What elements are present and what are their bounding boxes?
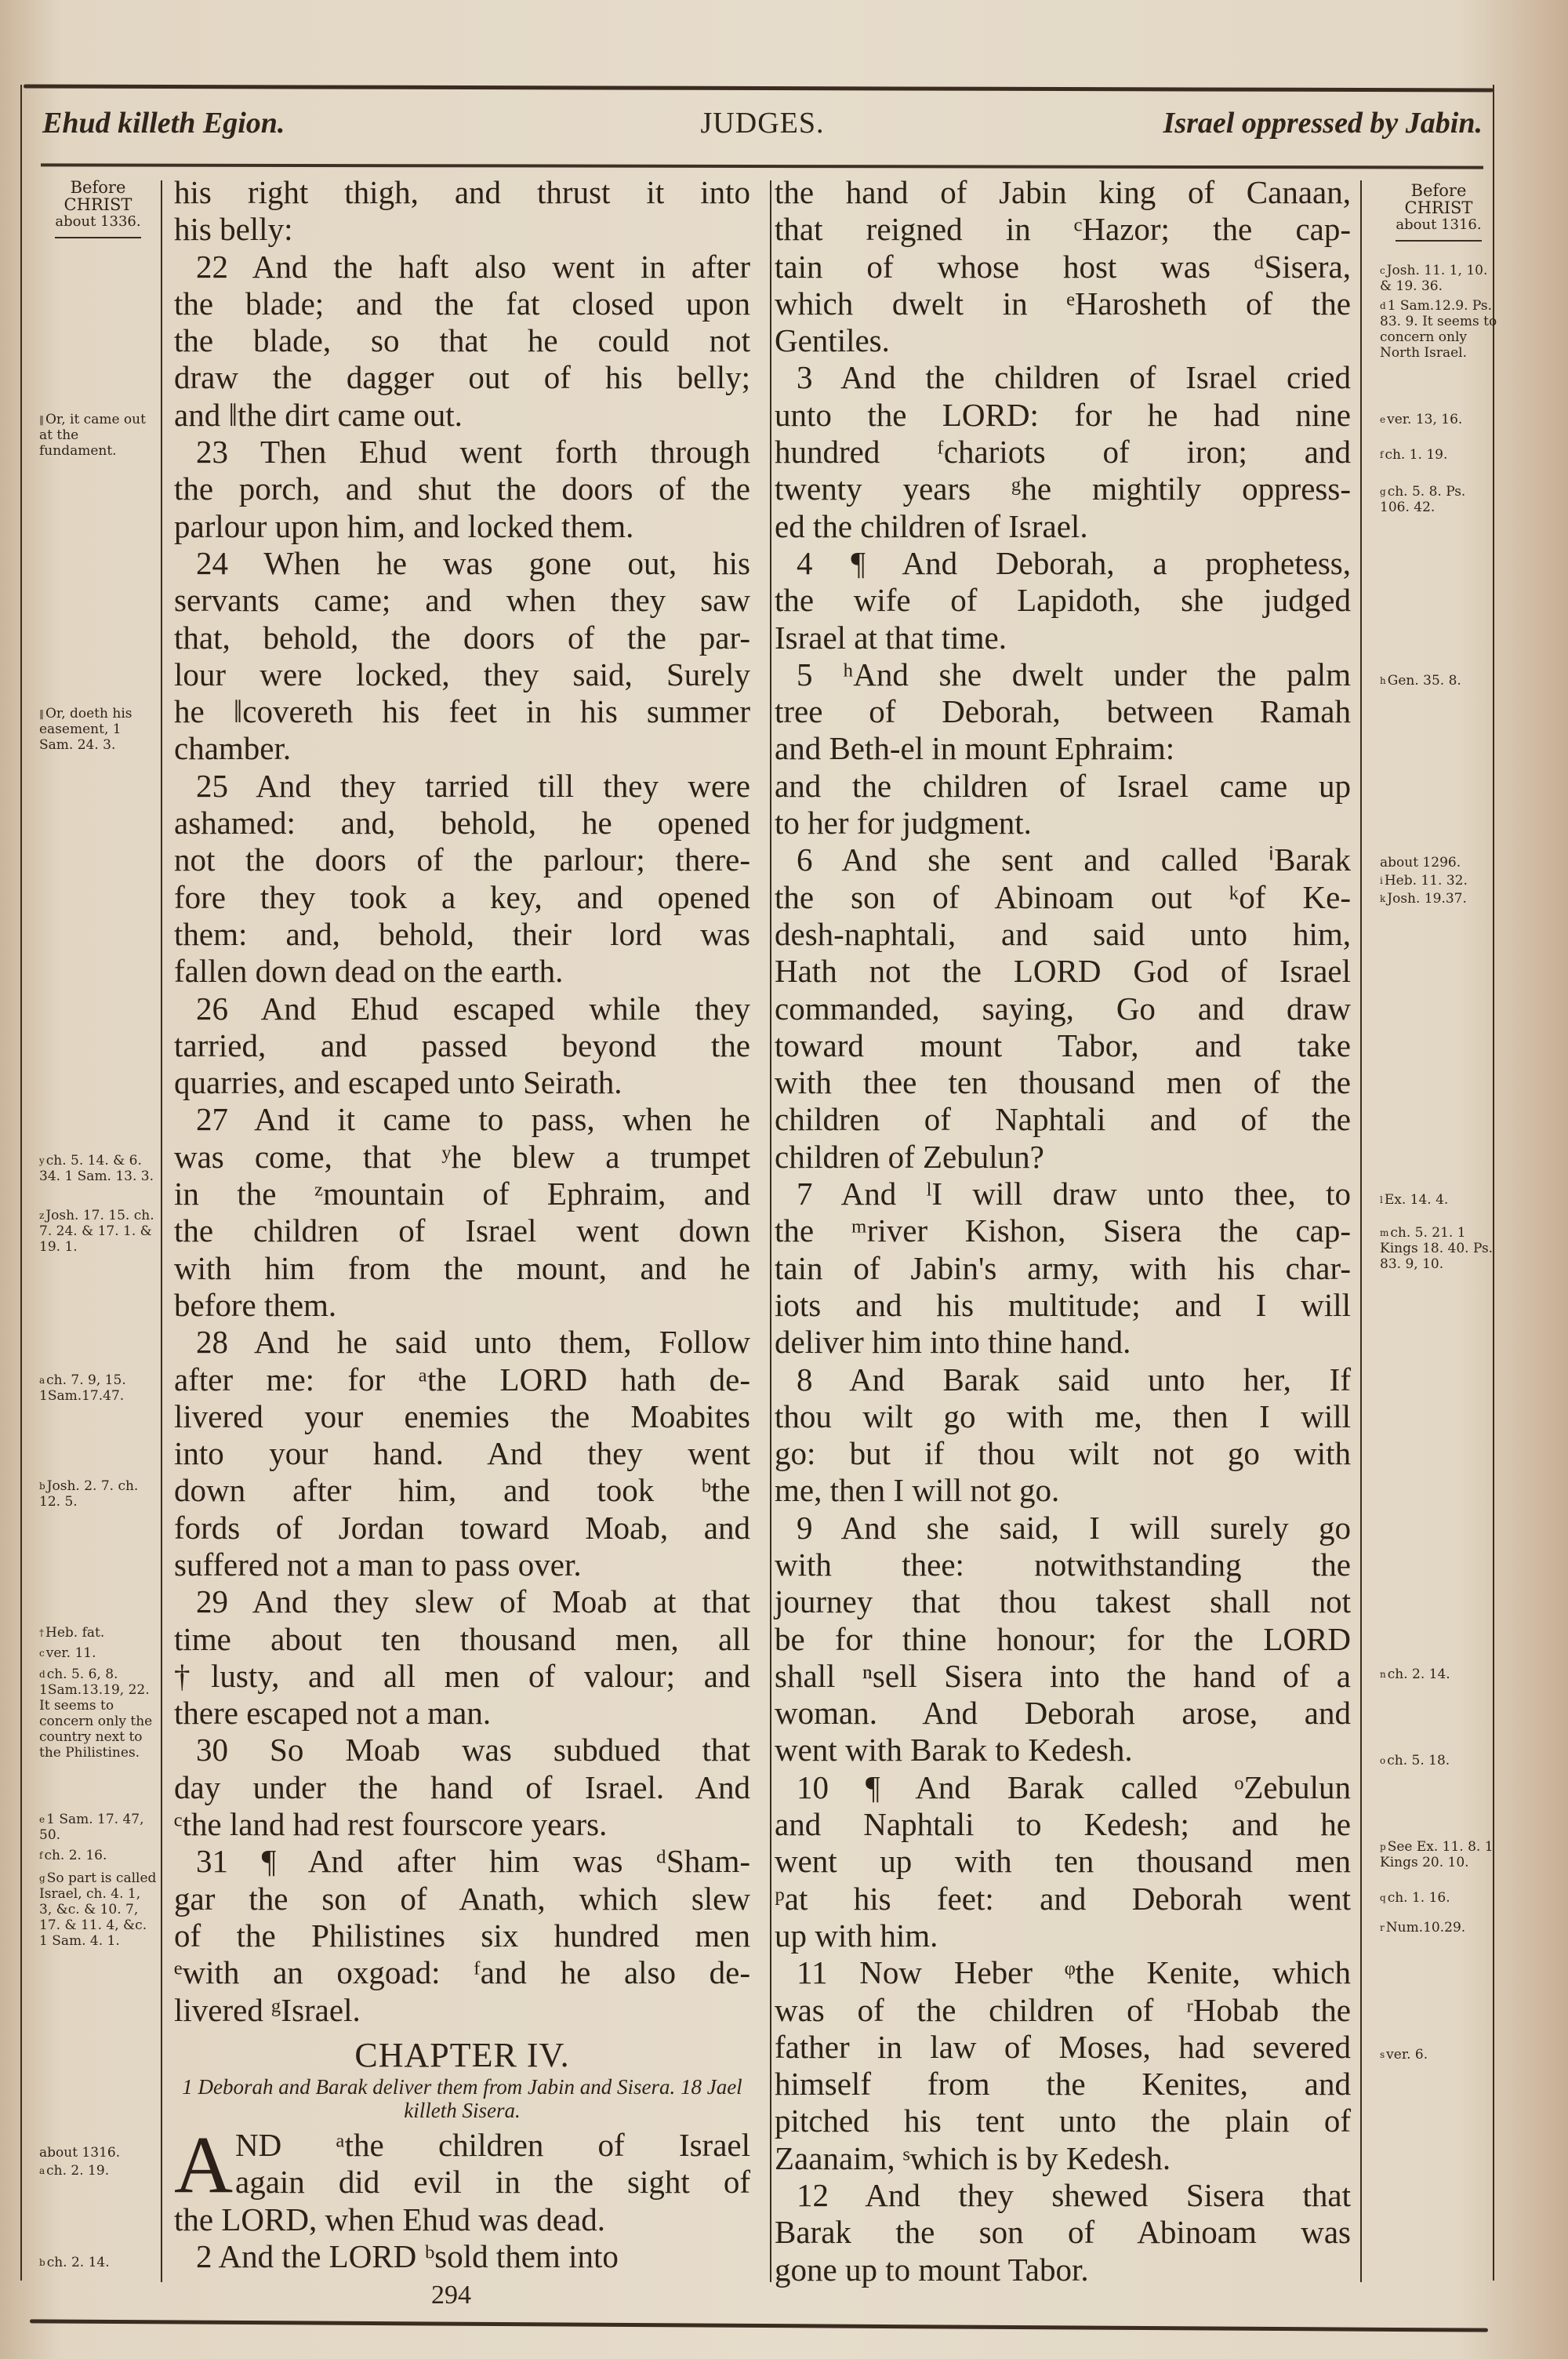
note-text: ch. 1. 19.: [1385, 447, 1447, 463]
note-text: Gen. 35. 8.: [1388, 673, 1461, 689]
note-text: ch. 7. 9, 15. 1Sam.17.47.: [39, 1372, 126, 1404]
bottom-border-rule: [30, 2319, 1488, 2332]
text-line: 5 ʰAnd she dwelt under the palm: [775, 656, 1351, 693]
page-number: 294: [431, 2281, 471, 2310]
text-line: his right thigh, and thrust it into: [174, 174, 750, 211]
text-line: 2 And the LORD ᵇsold them into: [174, 2238, 750, 2275]
chapter-summary: 1 Deborah and Barak deliver them from Ja…: [174, 2075, 750, 2122]
verses-judges-4: ND ᵃthe children of Israelagain did evil…: [174, 2127, 750, 2275]
reference-mark: ‖: [39, 708, 44, 719]
reference-mark: b: [39, 1481, 45, 1492]
text-line: was of the children of ʳHobab the: [775, 1992, 1351, 2029]
margin-note: nch. 2. 14.: [1380, 1667, 1497, 1682]
reference-mark: ‖: [39, 414, 44, 425]
text-line: 6 And she sent and called ⁱBarak: [775, 841, 1351, 878]
text-line: livered your enemies the Moabites: [174, 1398, 750, 1435]
right-margin-notes: Before CHRIST about 1316. cJosh. 11. 1, …: [1380, 0, 1497, 2359]
text-line: the wife of Lapidoth, she judged: [775, 582, 1351, 619]
text-line: 24 When he was gone out, his: [174, 545, 750, 582]
text-line: 4 ¶ And Deborah, a prophetess,: [775, 545, 1351, 582]
margin-note: zJosh. 17. 15. ch. 7. 24. & 17. 1. & 19.…: [39, 1208, 157, 1255]
text-line: 26 And Ehud escaped while they: [174, 990, 750, 1027]
text-line: tarried, and passed beyond the: [174, 1027, 750, 1064]
text-line: servants came; and when they saw: [174, 582, 750, 619]
text-line: †lusty, and all men of valour; and: [174, 1658, 750, 1695]
margin-note: bch. 2. 14.: [39, 2255, 157, 2270]
text-line: desh-naphtali, and said unto him,: [775, 916, 1351, 953]
note-text: ver. 11.: [46, 1645, 96, 1661]
text-line: the blade; and the fat closed upon: [174, 285, 750, 322]
text-line: the blade, so that he could not: [174, 322, 750, 359]
text-line: the children of Israel went down: [174, 1212, 750, 1249]
text-line: quarries, and escaped unto Seirath.: [174, 1064, 750, 1101]
margin-note: ach. 7. 9, 15. 1Sam.17.47.: [39, 1372, 157, 1404]
text-line: lour were locked, they said, Surely: [174, 656, 750, 693]
reference-mark: e: [39, 1814, 45, 1825]
text-line: 3 And the children of Israel cried: [775, 359, 1351, 396]
text-line: ᵖat his feet: and Deborah went: [775, 1881, 1351, 1917]
text-line: to her for judgment.: [775, 805, 1351, 841]
margin-note: ych. 5. 14. & 6. 34. 1 Sam. 13. 3.: [39, 1153, 157, 1184]
running-head: Ehud killeth Egion. JUDGES. Israel oppre…: [39, 106, 1486, 153]
left-text-column: his right thigh, and thrust it intohis b…: [174, 174, 750, 2275]
right-text-column: the hand of Jabin king of Canaan,that re…: [775, 174, 1351, 2288]
text-line: with him from the mount, and he: [174, 1250, 750, 1287]
reference-mark: †: [39, 1627, 44, 1638]
reference-mark: z: [39, 1210, 44, 1221]
text-line: iots and his multitude; and I will: [775, 1287, 1351, 1324]
text-line: 7 And ˡI will draw unto thee, to: [775, 1176, 1351, 1212]
text-line: toward mount Tabor, and take: [775, 1027, 1351, 1064]
text-line: fore they took a key, and opened: [174, 879, 750, 916]
margin-note: fch. 1. 19.: [1380, 447, 1497, 463]
reference-mark: a: [39, 2165, 45, 2176]
text-line: ND ᵃthe children of Israel: [174, 2127, 750, 2164]
margin-note: gSo part is called Israel, ch. 4. 1, 3, …: [39, 1870, 157, 1949]
text-line: down after him, and took ᵇthe: [174, 1472, 750, 1509]
reference-mark: l: [1380, 1194, 1383, 1205]
text-line: Zaanaim, ˢwhich is by Kedesh.: [775, 2140, 1351, 2177]
margin-note: gch. 5. 8. Ps. 106. 42.: [1380, 484, 1497, 515]
text-line: tain of whose host was ᵈSisera,: [775, 249, 1351, 285]
text-line: commanded, saying, Go and draw: [775, 990, 1351, 1027]
date-header-left: Before CHRIST about 1336.: [39, 179, 157, 238]
note-text: ch. 2. 14.: [47, 2255, 110, 2270]
text-line: he ‖covereth his feet in his summer: [174, 693, 750, 730]
reference-mark: p: [1380, 1841, 1386, 1852]
text-line: 29 And they slew of Moab at that: [174, 1583, 750, 1620]
note-text: Or, it came out at the fundament.: [39, 412, 146, 459]
text-line: and ‖the dirt came out.: [174, 397, 750, 434]
margin-note: iHeb. 11. 32.: [1380, 873, 1497, 889]
text-line: not the doors of the parlour; there-: [174, 841, 750, 878]
note-text: ver. 13, 16.: [1387, 412, 1462, 427]
date-year: about 1316.: [1380, 216, 1497, 234]
text-line: with thee: notwithstanding the: [775, 1547, 1351, 1583]
text-line: journey that thou takest shall not: [775, 1583, 1351, 1620]
note-text: ch. 1. 16.: [1388, 1890, 1450, 1906]
text-line: ᶜthe land had rest fourscore years.: [174, 1806, 750, 1843]
margin-note: cJosh. 11. 1, 10. & 19. 36.: [1380, 263, 1497, 294]
text-line: parlour upon him, and locked them.: [174, 508, 750, 545]
text-line: ᵉwith an oxgoad: ᶠand he also de-: [174, 1954, 750, 1991]
note-text: See Ex. 11. 8. 1 Kings 20. 10.: [1380, 1839, 1494, 1870]
reference-mark: s: [1380, 2049, 1385, 2060]
text-line: pitched his tent unto the plain of: [775, 2103, 1351, 2139]
text-line: go: but if thou wilt not go with: [775, 1435, 1351, 1472]
note-text: Josh. 11. 1, 10. & 19. 36.: [1380, 263, 1487, 294]
text-line: unto the LORD: for he had nine: [775, 397, 1351, 434]
text-line: the porch, and shut the doors of the: [174, 471, 750, 507]
note-text: Num.10.29.: [1386, 1920, 1465, 1936]
verses-judges-4-cont: the hand of Jabin king of Canaan,that re…: [775, 174, 1351, 2288]
margin-note: †Heb. fat.: [39, 1625, 157, 1641]
margin-note: e1 Sam. 17. 47, 50.: [39, 1812, 157, 1843]
reference-mark: c: [39, 1648, 45, 1659]
text-line: was come, that ʸhe blew a trumpet: [174, 1139, 750, 1176]
left-margin-notes: Before CHRIST about 1336. ‖Or, it came o…: [39, 0, 157, 2359]
reference-mark: e: [1380, 414, 1385, 425]
note-text: ch. 2. 19.: [46, 2163, 109, 2179]
note-text: Or, doeth his easement, 1 Sam. 24. 3.: [39, 706, 132, 753]
reference-mark: b: [39, 2257, 45, 2268]
text-line: of the Philistines six hundred men: [174, 1917, 750, 1954]
note-text: ch. 5. 18.: [1387, 1753, 1450, 1768]
text-line: suffered not a man to pass over.: [174, 1547, 750, 1583]
reference-mark: c: [1380, 265, 1385, 276]
reference-mark: g: [39, 1873, 45, 1884]
text-line: Hath not the LORD God of Israel: [775, 953, 1351, 990]
text-line: went up with ten thousand men: [775, 1843, 1351, 1880]
chapter-heading: CHAPTER IV.: [174, 2037, 750, 2074]
text-line: his belly:: [174, 211, 750, 248]
text-line: be for thine honour; for the LORD: [775, 1621, 1351, 1658]
text-line: hundred ᶠchariots of iron; and: [775, 434, 1351, 471]
margin-note: cver. 11.: [39, 1645, 157, 1661]
margin-note: ‖Or, it came out at the fundament.: [39, 412, 157, 459]
note-text: about 1316.: [39, 2145, 120, 2161]
margin-note: och. 5. 18.: [1380, 1753, 1497, 1768]
text-line: Barak the son of Abinoam was: [775, 2214, 1351, 2251]
reference-mark: f: [39, 1850, 42, 1861]
text-line: and the children of Israel came up: [775, 768, 1351, 805]
reference-mark: o: [1380, 1755, 1385, 1766]
text-line: livered ᵍIsrael.: [174, 1992, 750, 2029]
margin-note: lEx. 14. 4.: [1380, 1192, 1497, 1208]
text-line: 10 ¶ And Barak called ᵒZebulun: [775, 1769, 1351, 1806]
text-line: twenty years ᵍhe mightily oppress-: [775, 471, 1351, 507]
margin-note: about 1296.: [1380, 855, 1497, 871]
center-column-divider: [770, 180, 771, 2282]
margin-note: ‖Or, doeth his easement, 1 Sam. 24. 3.: [39, 706, 157, 753]
text-line: into your hand. And they went: [174, 1435, 750, 1472]
text-line: went with Barak to Kedesh.: [775, 1732, 1351, 1768]
reference-mark: r: [1380, 1922, 1385, 1933]
text-line: gone up to mount Tabor.: [775, 2252, 1351, 2288]
reference-mark: k: [1380, 893, 1385, 904]
text-line: ashamed: and, behold, he opened: [174, 805, 750, 841]
reference-mark: d: [1380, 300, 1386, 311]
text-line: tree of Deborah, between Ramah: [775, 693, 1351, 730]
note-text: Heb. fat.: [45, 1625, 104, 1641]
date-christ: CHRIST: [1380, 199, 1497, 216]
text-line: that, behold, the doors of the par-: [174, 620, 750, 656]
verses-judges-3: his right thigh, and thrust it intohis b…: [174, 174, 750, 2029]
text-line: 22 And the haft also went in after: [174, 249, 750, 285]
text-line: 23 Then Ehud went forth through: [174, 434, 750, 471]
note-text: Josh. 2. 7. ch. 12. 5.: [39, 1478, 138, 1510]
right-margin-divider: [1360, 180, 1362, 2282]
note-text: ch. 2. 14.: [1388, 1667, 1450, 1682]
note-text: Josh. 17. 15. ch. 7. 24. & 17. 1. & 19. …: [39, 1208, 154, 1255]
text-line: in the ᶻmountain of Ephraim, and: [174, 1176, 750, 1212]
text-line: the son of Abinoam out ᵏof Ke-: [775, 879, 1351, 916]
reference-mark: h: [1380, 675, 1386, 686]
reference-mark: n: [1380, 1669, 1386, 1680]
note-text: ver. 6.: [1386, 2047, 1428, 2063]
text-line: ed the children of Israel.: [775, 508, 1351, 545]
text-line: Israel at that time.: [775, 620, 1351, 656]
text-line: himself from the Kenites, and: [775, 2066, 1351, 2103]
text-line: 11 Now Heber ᵠthe Kenite, which: [775, 1954, 1351, 1991]
text-line: the hand of Jabin king of Canaan,: [775, 174, 1351, 211]
margin-note: ever. 13, 16.: [1380, 412, 1497, 427]
margin-note: bJosh. 2. 7. ch. 12. 5.: [39, 1478, 157, 1510]
margin-note: fch. 2. 16.: [39, 1848, 157, 1863]
text-line: 12 And they shewed Sisera that: [775, 2177, 1351, 2214]
margin-note: ach. 2. 19.: [39, 2163, 157, 2179]
margin-note: pSee Ex. 11. 8. 1 Kings 20. 10.: [1380, 1839, 1497, 1870]
note-text: about 1296.: [1380, 855, 1461, 871]
text-line: 27 And it came to pass, when he: [174, 1101, 750, 1138]
note-text: ch. 5. 6, 8. 1Sam.13.19, 22. It seems to…: [39, 1667, 152, 1761]
chapter-opening: A ND ᵃthe children of Israelagain did ev…: [174, 2127, 750, 2275]
text-line: 25 And they tarried till they were: [174, 768, 750, 805]
note-text: Ex. 14. 4.: [1385, 1192, 1448, 1208]
text-line: with thee ten thousand men of the: [775, 1064, 1351, 1101]
text-line: after me: for ᵃthe LORD hath de-: [174, 1361, 750, 1398]
date-before: Before: [1380, 182, 1497, 199]
note-text: ch. 2. 16.: [44, 1848, 107, 1863]
date-year: about 1336.: [39, 213, 157, 231]
reference-mark: m: [1380, 1227, 1388, 1238]
text-line: father in law of Moses, had severed: [775, 2029, 1351, 2066]
text-line: the ᵐriver Kishon, Sisera the cap-: [775, 1212, 1351, 1249]
margin-note: qch. 1. 16.: [1380, 1890, 1497, 1906]
text-line: the LORD, when Ehud was dead.: [174, 2201, 750, 2238]
left-margin-divider: [161, 180, 162, 2282]
text-line: there escaped not a man.: [174, 1695, 750, 1732]
text-line: children of Naphtali and of the: [775, 1101, 1351, 1138]
date-rule: [1396, 240, 1482, 242]
text-line: draw the dagger out of his belly;: [174, 359, 750, 396]
margin-note: hGen. 35. 8.: [1380, 673, 1497, 689]
margin-note: rNum.10.29.: [1380, 1920, 1497, 1936]
drop-cap: A: [174, 2128, 233, 2202]
reference-mark: q: [1380, 1892, 1386, 1903]
text-line: again did evil in the sight of: [174, 2164, 750, 2201]
note-text: ch. 5. 14. & 6. 34. 1 Sam. 13. 3.: [39, 1153, 154, 1184]
date-christ: CHRIST: [39, 196, 157, 213]
margin-note: d1 Sam.12.9. Ps. 83. 9. It seems to conc…: [1380, 298, 1497, 361]
note-text: ch. 5. 21. 1 Kings 18. 40. Ps. 83. 9, 10…: [1380, 1225, 1493, 1272]
margin-note: kJosh. 19.37.: [1380, 891, 1497, 907]
text-line: me, then I will not go.: [775, 1472, 1351, 1509]
text-line: that reigned in ᶜHazor; the cap-: [775, 211, 1351, 248]
note-text: Josh. 19.37.: [1387, 891, 1467, 907]
reference-mark: g: [1380, 486, 1386, 497]
date-before: Before: [39, 179, 157, 196]
note-text: Heb. 11. 32.: [1385, 873, 1468, 889]
text-line: fallen down dead on the earth.: [174, 953, 750, 990]
text-line: fords of Jordan toward Moab, and: [174, 1510, 750, 1547]
text-line: 30 So Moab was subdued that: [174, 1732, 750, 1768]
date-header-right: Before CHRIST about 1316.: [1380, 182, 1497, 242]
margin-note: mch. 5. 21. 1 Kings 18. 40. Ps. 83. 9, 1…: [1380, 1225, 1497, 1272]
reference-mark: i: [1380, 875, 1383, 886]
text-line: Gentiles.: [775, 322, 1351, 359]
text-line: gar the son of Anath, which slew: [174, 1881, 750, 1917]
text-line: shall ⁿsell Sisera into the hand of a: [775, 1658, 1351, 1695]
text-line: deliver him into thine hand.: [775, 1324, 1351, 1361]
reference-mark: f: [1380, 449, 1383, 460]
reference-mark: y: [39, 1155, 45, 1166]
text-line: 9 And she said, I will surely go: [775, 1510, 1351, 1547]
text-line: them: and, behold, their lord was: [174, 916, 750, 953]
text-line: 8 And Barak said unto her, If: [775, 1361, 1351, 1398]
note-text: ch. 5. 8. Ps. 106. 42.: [1380, 484, 1465, 515]
reference-mark: a: [39, 1375, 45, 1386]
margin-note: about 1316.: [39, 2145, 157, 2161]
margin-note: dch. 5. 6, 8. 1Sam.13.19, 22. It seems t…: [39, 1667, 157, 1761]
reference-mark: d: [39, 1669, 45, 1680]
text-line: 31 ¶ And after him was ᵈSham-: [174, 1843, 750, 1880]
text-line: tain of Jabin's army, with his char-: [775, 1250, 1351, 1287]
text-line: chamber.: [174, 730, 750, 767]
note-text: So part is called Israel, ch. 4. 1, 3, &…: [39, 1870, 156, 1949]
text-line: and Beth-el in mount Ephraim:: [775, 730, 1351, 767]
text-line: time about ten thousand men, all: [174, 1621, 750, 1658]
text-line: thou wilt go with me, then I will: [775, 1398, 1351, 1435]
text-line: up with him.: [775, 1917, 1351, 1954]
text-line: woman. And Deborah arose, and: [775, 1695, 1351, 1732]
text-line: 28 And he said unto them, Follow: [174, 1324, 750, 1361]
text-line: children of Zebulun?: [775, 1139, 1351, 1176]
margin-note: sver. 6.: [1380, 2047, 1497, 2063]
note-text: 1 Sam. 17. 47, 50.: [39, 1812, 144, 1843]
text-line: before them.: [174, 1287, 750, 1324]
date-rule: [55, 237, 141, 238]
text-line: and Naphtali to Kedesh; and he: [775, 1806, 1351, 1843]
text-line: which dwelt in ᵉHarosheth of the: [775, 285, 1351, 322]
note-text: 1 Sam.12.9. Ps. 83. 9. It seems to conce…: [1380, 298, 1497, 361]
text-line: day under the hand of Israel. And: [174, 1769, 750, 1806]
